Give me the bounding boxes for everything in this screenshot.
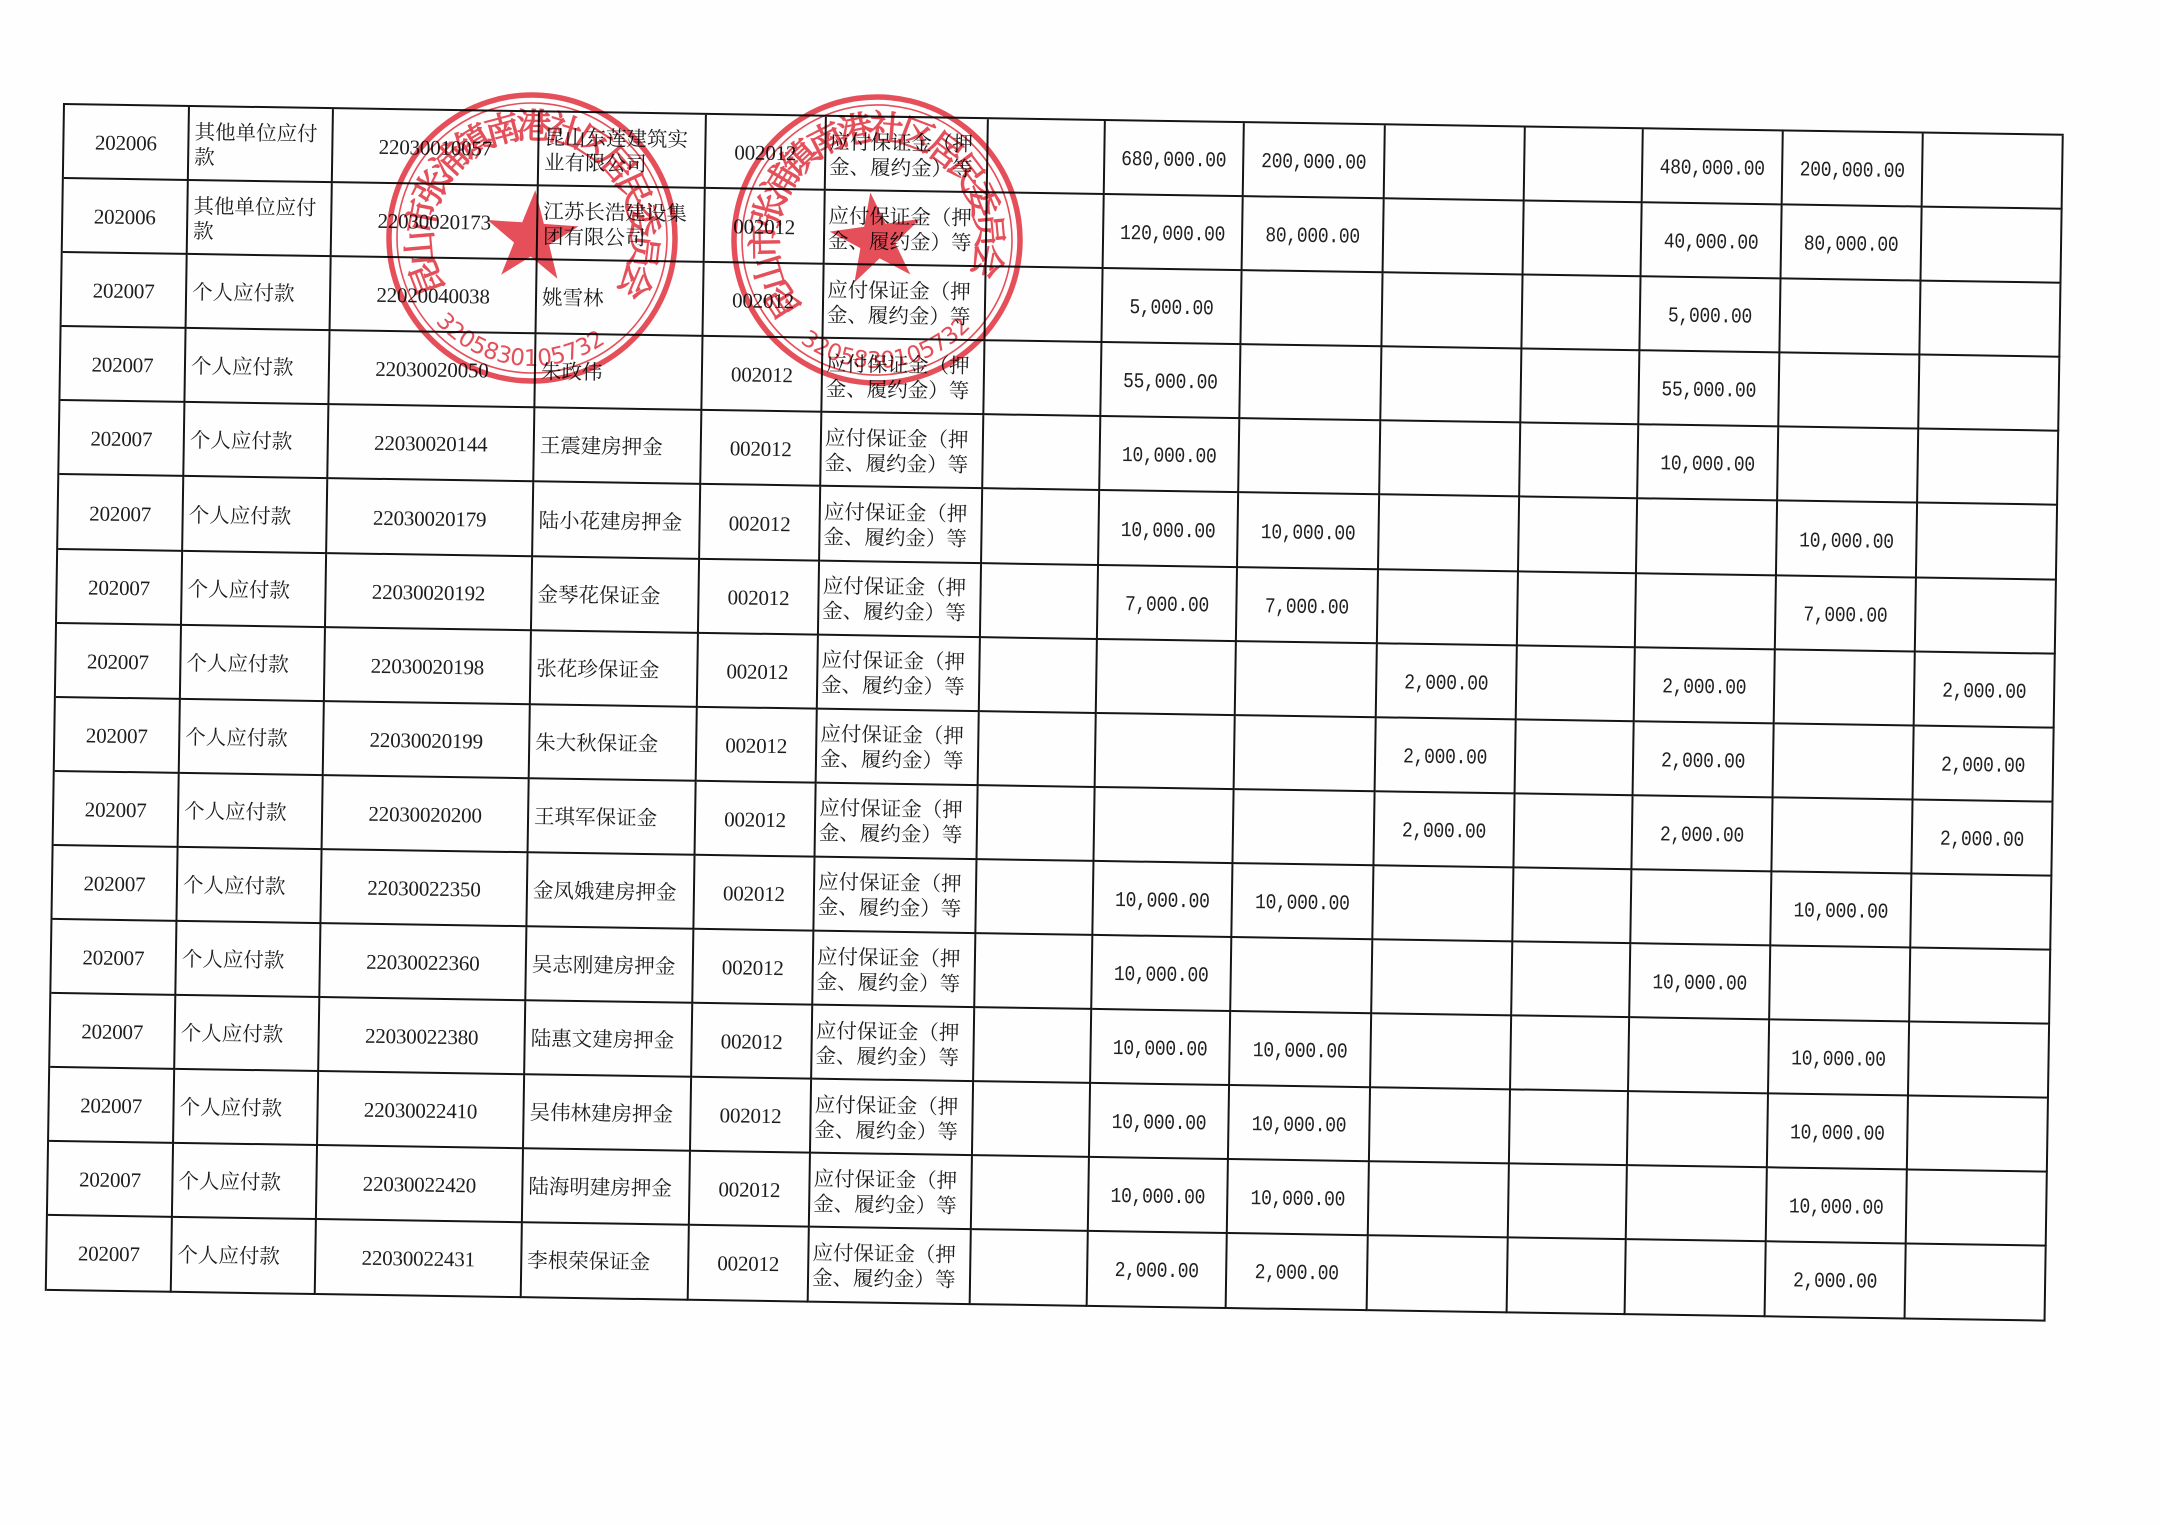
cell-counterparty: 吴伟林建房押金 [524,1075,692,1152]
cell-counterparty-text: 李根荣保证金 [527,1249,650,1276]
cell-counterparty-text: 王琪军保证金 [534,804,657,831]
cell-account-title-text: 个人应付款 [182,947,285,974]
cell-project: 应付保证金（押金、履约金）等 [820,487,983,564]
cell-amount-col-3: 10,000.00 [1232,864,1374,940]
amount-value: 10,000.00 [1122,445,1217,470]
cell-amount-col-4 [1381,348,1522,424]
amount-value: 2,000.00 [1942,680,2026,705]
cell-period-text: 202007 [82,945,144,971]
cell-period-text: 202007 [83,871,145,897]
cell-amount-col-8: 2,000.00 [1914,726,2055,802]
cell-period: 202007 [62,253,188,329]
cell-amount-col-5 [1525,127,1644,203]
cell-counterparty-text: 金琴花保证金 [537,582,660,609]
cell-project-code: 002012 [706,115,827,191]
cell-counterparty: 朱大秋保证金 [530,705,698,782]
cell-amount-col-1 [979,712,1097,788]
cell-period-text: 202007 [81,1020,143,1046]
cell-account-code: 22020040038 [331,257,538,334]
amount-value: 10,000.00 [1791,1048,1886,1073]
amount-value: 2,000.00 [1662,676,1746,701]
amount-value: 10,000.00 [1261,521,1356,546]
cell-period-text: 202006 [95,131,157,157]
cell-project-text: 应付保证金（押金、履约金）等 [815,1018,966,1070]
amount-value: 10,000.00 [1112,1112,1207,1137]
cell-project-code-text: 002012 [731,363,793,389]
cell-period-text: 202007 [85,797,147,823]
cell-period: 202007 [47,1216,173,1292]
cell-amount-col-7: 10,000.00 [1768,1095,1909,1171]
cell-account-code-text: 22030020198 [371,653,485,680]
cell-amount-col-7 [1775,650,1916,726]
amount-value: 7,000.00 [1125,593,1209,618]
cell-account-code-text: 22030022360 [366,950,480,977]
cell-counterparty-text: 朱大秋保证金 [535,730,658,757]
cell-counterparty-text: 姚雪林 [542,286,604,312]
cell-amount-col-6: 5,000.00 [1640,277,1781,353]
cell-amount-col-8 [1921,208,2062,284]
cell-amount-col-3 [1236,642,1378,718]
cell-amount-col-5 [1520,424,1639,500]
cell-period: 202007 [51,920,177,996]
cell-project-text: 应付保证金（押金、履约金）等 [822,574,973,626]
cell-amount-col-7 [1774,724,1915,800]
cell-amount-col-3: 7,000.00 [1237,568,1379,644]
cell-period-text: 202007 [93,279,155,305]
cell-period-text: 202007 [90,427,152,453]
cell-project-text: 应付保证金（押金、履约金）等 [829,129,980,181]
cell-counterparty: 昆山东莲建筑实业有限公司 [539,112,707,189]
cell-account-code-text: 22030022380 [365,1024,479,1051]
cell-account-title: 个人应付款 [173,1144,318,1220]
cell-amount-col-1 [976,860,1094,936]
cell-period: 202007 [55,698,181,774]
cell-account-title-text: 个人应付款 [190,428,293,455]
cell-amount-col-1 [982,490,1100,566]
cell-project: 应付保证金（押金、履约金）等 [812,1006,975,1083]
cell-amount-col-8 [1909,1023,2050,1099]
cell-account-code: 22030020144 [328,406,535,483]
cell-account-code-text: 22020040038 [376,283,490,310]
cell-amount-col-5 [1510,1091,1629,1167]
cell-counterparty-text: 江苏长浩建设集团有限公司 [543,199,694,251]
amount-value: 10,000.00 [1789,1196,1884,1221]
cell-amount-col-3: 10,000.00 [1230,1012,1372,1088]
cell-project-text: 应付保证金（押金、履约金）等 [823,500,974,552]
cell-amount-col-4: 2,000.00 [1374,792,1515,868]
cell-amount-col-4 [1369,1163,1510,1239]
cell-project-text: 应付保证金（押金、履约金）等 [826,352,977,404]
cell-amount-col-1 [975,934,1093,1010]
cell-amount-col-1 [985,267,1103,343]
cell-account-title: 个人应付款 [176,922,321,998]
cell-project: 应付保证金（押金、履约金）等 [813,932,976,1009]
amount-value: 2,000.00 [1660,824,1744,849]
cell-amount-col-1 [974,1008,1092,1084]
amount-value: 680,000.00 [1121,149,1226,174]
cell-period: 202007 [56,624,182,700]
cell-project-code: 002012 [694,856,815,932]
cell-period-text: 202007 [87,649,149,675]
cell-project-text: 应付保证金（押金、履约金）等 [816,944,967,996]
cell-counterparty-text: 朱政伟 [541,360,603,386]
cell-period: 202006 [63,179,189,255]
cell-project-code-text: 002012 [730,437,792,463]
cell-amount-col-3 [1239,419,1381,495]
cell-project-code-text: 002012 [724,807,786,833]
cell-amount-col-5 [1509,1165,1628,1241]
amount-value: 2,000.00 [1941,754,2025,779]
cell-project-code: 002012 [703,263,824,339]
cell-project: 应付保证金（押金、履约金）等 [825,191,988,268]
cell-amount-col-2: 10,000.00 [1099,491,1239,567]
cell-project-text: 应付保证金（押金、履约金）等 [824,426,975,478]
cell-amount-col-3 [1235,716,1377,792]
cell-amount-col-8 [1916,578,2057,654]
cell-account-title: 个人应付款 [175,996,320,1072]
cell-account-title: 其他单位应付款 [189,107,334,183]
cell-project-code: 002012 [702,337,823,413]
cell-project-code-text: 002012 [733,214,795,240]
cell-project-code: 002012 [693,930,814,1006]
amount-value: 10,000.00 [1660,453,1755,478]
cell-amount-col-4 [1371,1014,1512,1090]
cell-account-code: 22030022420 [317,1146,524,1223]
cell-project: 应付保证金（押金、履约金）等 [821,413,984,490]
cell-project-text: 应付保证金（押金、履约金）等 [821,648,972,700]
cell-counterparty: 江苏长浩建设集团有限公司 [538,186,706,263]
cell-amount-col-8 [1918,430,2059,506]
cell-amount-col-3: 10,000.00 [1238,494,1380,570]
cell-counterparty: 陆小花建房押金 [533,483,701,560]
cell-amount-col-2: 10,000.00 [1100,417,1240,493]
cell-period-text: 202007 [89,501,151,527]
cell-project-code: 002012 [696,782,817,858]
cell-amount-col-8 [1911,874,2052,950]
cell-amount-col-7: 80,000.00 [1781,206,1922,282]
cell-account-code-text: 22030022431 [361,1246,475,1273]
cell-amount-col-1 [971,1230,1089,1306]
amount-value: 7,000.00 [1803,604,1887,629]
cell-amount-col-6: 480,000.00 [1643,129,1784,205]
cell-amount-col-7 [1779,354,1920,430]
cell-amount-col-3: 80,000.00 [1243,197,1385,273]
cell-account-title-text: 个人应付款 [178,1169,281,1196]
cell-amount-col-2: 7,000.00 [1098,566,1238,642]
cell-period-text: 202006 [94,205,156,231]
cell-counterparty: 王琪军保证金 [529,779,697,856]
amount-value: 80,000.00 [1265,225,1360,250]
cell-amount-col-7: 7,000.00 [1776,576,1917,652]
cell-project-code: 002012 [690,1152,811,1228]
amount-value: 10,000.00 [1114,964,1209,989]
cell-amount-col-3: 10,000.00 [1228,1160,1370,1236]
amount-value: 2,000.00 [1403,746,1487,771]
cell-project-code: 002012 [698,633,819,709]
cell-project: 应付保证金（押金、履约金）等 [822,339,985,416]
cell-account-code: 22030022410 [318,1072,525,1149]
cell-project-code-text: 002012 [726,659,788,685]
cell-amount-col-5 [1512,942,1631,1018]
amount-value: 10,000.00 [1790,1122,1885,1147]
cell-account-title: 个人应付款 [187,255,332,331]
cell-amount-col-4 [1380,422,1521,498]
amount-value: 55,000.00 [1123,371,1218,396]
cell-project-code: 002012 [699,559,820,635]
cell-account-title: 个人应付款 [177,848,322,924]
cell-amount-col-5 [1521,350,1640,426]
cell-account-title-text: 个人应付款 [191,354,294,381]
cell-amount-col-8 [1917,504,2058,580]
cell-amount-col-2 [1097,640,1237,716]
cell-amount-col-5 [1513,868,1632,944]
cell-amount-col-3 [1241,271,1383,347]
cell-counterparty-text: 吴伟林建房押金 [529,1101,673,1128]
cell-project: 应付保证金（押金、履约金）等 [817,709,980,786]
cell-amount-col-4 [1378,570,1519,646]
amount-value: 7,000.00 [1265,595,1349,620]
cell-amount-col-7: 2,000.00 [1766,1243,1907,1319]
cell-period-text: 202007 [80,1094,142,1120]
cell-account-code: 22030022380 [319,998,526,1075]
cell-counterparty-text: 吴志刚建房押金 [532,952,676,979]
cell-account-code: 22030020179 [327,480,534,557]
cell-period-text: 202007 [78,1242,140,1268]
cell-amount-col-6: 10,000.00 [1630,944,1771,1020]
cell-project: 应付保证金（押金、履约金）等 [814,858,977,935]
cell-account-title-text: 个人应付款 [186,651,289,678]
cell-counterparty: 王震建房押金 [534,409,702,486]
cell-counterparty: 金琴花保证金 [532,557,700,634]
cell-amount-col-6: 55,000.00 [1639,352,1780,428]
cell-project: 应付保证金（押金、履约金）等 [810,1154,973,1231]
cell-amount-col-1 [977,786,1095,862]
cell-amount-col-7 [1770,946,1911,1022]
cell-amount-col-5 [1517,646,1636,722]
cell-project-text: 应付保证金（押金、履约金）等 [819,796,970,848]
cell-amount-col-1 [988,119,1106,195]
cell-project: 应付保证金（押金、履约金）等 [809,1228,972,1305]
cell-amount-col-6: 2,000.00 [1635,648,1776,724]
cell-account-title-text: 个人应付款 [184,799,287,826]
amount-value: 2,000.00 [1940,828,2024,853]
amount-value: 10,000.00 [1115,889,1210,914]
cell-amount-col-2: 10,000.00 [1091,1010,1231,1086]
cell-period: 202007 [58,475,184,551]
cell-amount-col-1 [984,341,1102,417]
scanned-ledger-page: 202006其他单位应付款22030010057昆山东莲建筑实业有限公司0020… [0,0,2160,1525]
cell-project-code-text: 002012 [734,140,796,166]
cell-amount-col-3 [1231,938,1373,1014]
cell-account-code: 22030020192 [326,554,533,631]
cell-project-text: 应付保证金（押金、履约金）等 [828,203,979,255]
cell-amount-col-3: 10,000.00 [1229,1086,1371,1162]
cell-project-text: 应付保证金（押金、履约金）等 [827,277,978,329]
cell-project-code: 002012 [700,485,821,561]
cell-period-text: 202007 [79,1168,141,1194]
cell-account-title-text: 个人应付款 [179,1095,282,1122]
cell-amount-col-1 [983,416,1101,492]
cell-amount-col-7 [1778,428,1919,504]
cell-amount-col-6 [1626,1241,1767,1317]
cell-account-code: 22030010057 [333,109,540,186]
cell-amount-col-6: 2,000.00 [1634,722,1775,798]
amount-value: 2,000.00 [1661,750,1745,775]
cell-account-title: 个人应付款 [184,403,329,479]
cell-account-title-text: 个人应付款 [192,280,295,307]
cell-project-code-text: 002012 [719,1103,781,1129]
cell-project-code: 002012 [692,1004,813,1080]
amount-value: 40,000.00 [1664,231,1759,256]
cell-project-text: 应付保证金（押金、履约金）等 [820,722,971,774]
cell-period: 202007 [52,846,178,922]
cell-amount-col-8 [1923,134,2064,210]
cell-amount-col-1 [980,638,1098,714]
cell-period-text: 202007 [86,723,148,749]
cell-account-title-text: 个人应付款 [177,1243,280,1270]
cell-account-code: 22030020173 [332,183,539,260]
cell-amount-col-4: 2,000.00 [1377,644,1518,720]
cell-amount-col-7: 10,000.00 [1769,1020,1910,1096]
cell-project-code-text: 002012 [725,733,787,759]
ledger-table: 202006其他单位应付款22030010057昆山东莲建筑实业有限公司0020… [45,103,2064,1321]
cell-project-code-text: 002012 [717,1252,779,1278]
cell-amount-col-5 [1518,572,1637,648]
cell-amount-col-2 [1094,788,1234,864]
cell-counterparty-text: 张花珍保证金 [536,656,659,683]
cell-amount-col-1 [987,193,1105,269]
cell-account-code-text: 22030020144 [374,431,488,458]
cell-amount-col-4 [1384,199,1525,275]
cell-amount-col-6: 10,000.00 [1638,426,1779,502]
cell-amount-col-8: 2,000.00 [1915,652,2056,728]
cell-amount-col-8: 2,000.00 [1912,800,2053,876]
cell-account-code-text: 22030020050 [375,357,489,384]
cell-counterparty-text: 陆小花建房押金 [538,508,682,535]
cell-account-title: 个人应付款 [182,551,327,627]
cell-amount-col-2: 680,000.00 [1105,121,1245,197]
cell-period: 202006 [64,105,190,181]
amount-value: 10,000.00 [1251,1114,1346,1139]
cell-project: 应付保证金（押金、履约金）等 [811,1080,974,1157]
cell-account-code-text: 22030020173 [377,209,491,236]
cell-project: 应付保证金（押金、履约金）等 [826,117,989,194]
cell-amount-col-2: 55,000.00 [1101,343,1241,419]
amount-value: 200,000.00 [1261,151,1366,176]
cell-counterparty: 吴志刚建房押金 [526,927,694,1004]
cell-account-title-text: 个人应付款 [188,502,291,529]
cell-amount-col-5 [1516,720,1635,796]
cell-project-text: 应付保证金（押金、履约金）等 [818,870,969,922]
cell-account-title-text: 个人应付款 [181,1021,284,1048]
cell-account-code-text: 22030022420 [363,1172,477,1199]
cell-account-title: 个人应付款 [174,1070,319,1146]
cell-account-code-text: 22030010057 [379,135,493,162]
cell-amount-col-2: 10,000.00 [1089,1158,1229,1234]
cell-amount-col-4 [1373,866,1514,942]
cell-project-code-text: 002012 [722,955,784,981]
cell-account-title-text: 其他单位应付款 [193,194,324,246]
cell-amount-col-2: 10,000.00 [1090,1084,1230,1160]
amount-value: 55,000.00 [1661,379,1756,404]
cell-amount-col-7: 200,000.00 [1783,131,1924,207]
cell-amount-col-4 [1370,1088,1511,1164]
amount-value: 10,000.00 [1121,519,1216,544]
cell-counterparty-text: 王震建房押金 [540,434,663,461]
cell-counterparty: 李根荣保证金 [522,1224,690,1301]
cell-account-title-text: 个人应付款 [183,873,286,900]
amount-value: 10,000.00 [1793,900,1888,925]
cell-period-text: 202007 [91,353,153,379]
cell-account-code-text: 22030020200 [368,802,482,829]
cell-amount-col-8 [1919,356,2060,432]
cell-account-title: 个人应付款 [181,626,326,702]
cell-counterparty: 朱政伟 [535,335,703,412]
cell-project-text: 应付保证金（押金、履约金）等 [814,1092,965,1144]
cell-account-title: 个人应付款 [183,477,328,553]
cell-account-title-text: 个人应付款 [187,577,290,604]
cell-amount-col-7: 10,000.00 [1767,1169,1908,1245]
cell-amount-col-2: 2,000.00 [1088,1232,1228,1308]
cell-counterparty: 陆惠文建房押金 [525,1001,693,1078]
cell-amount-col-6 [1628,1092,1769,1168]
cell-project-code-text: 002012 [729,511,791,537]
cell-project-text: 应付保证金（押金、履约金）等 [812,1241,963,1293]
cell-project-text: 应付保证金（押金、履约金）等 [813,1167,964,1219]
cell-amount-col-8 [1908,1097,2049,1173]
cell-amount-col-4 [1368,1237,1509,1313]
cell-project-code-text: 002012 [723,881,785,907]
cell-amount-col-2 [1096,714,1236,790]
cell-project-code-text: 002012 [721,1029,783,1055]
cell-account-code: 22030020198 [325,628,532,705]
cell-account-code: 22030022431 [316,1220,523,1297]
cell-amount-col-3 [1233,790,1375,866]
cell-amount-col-5 [1522,276,1641,352]
cell-amount-col-5 [1519,498,1638,574]
cell-project: 应付保证金（押金、履约金）等 [818,635,981,712]
amount-value: 10,000.00 [1255,892,1350,917]
cell-amount-col-5 [1514,794,1633,870]
cell-project-code: 002012 [701,411,822,487]
cell-amount-col-6 [1627,1166,1768,1242]
cell-amount-col-7 [1772,798,1913,874]
cell-amount-col-5 [1508,1239,1627,1315]
amount-value: 5,000.00 [1668,305,1752,330]
amount-value: 10,000.00 [1110,1186,1205,1211]
cell-account-title: 其他单位应付款 [188,181,333,257]
cell-project-code-text: 002012 [727,585,789,611]
cell-amount-col-2: 10,000.00 [1092,936,1232,1012]
amount-value: 2,000.00 [1404,672,1488,697]
cell-account-code-text: 22030020199 [369,728,483,755]
cell-amount-col-6: 40,000.00 [1642,203,1783,279]
amount-value: 10,000.00 [1250,1188,1345,1213]
cell-amount-col-4 [1385,125,1526,201]
cell-account-title: 个人应付款 [185,329,330,405]
amount-value: 5,000.00 [1129,297,1213,322]
cell-amount-col-1 [972,1156,1090,1232]
amount-value: 10,000.00 [1652,972,1747,997]
amount-value: 2,000.00 [1114,1260,1198,1285]
cell-counterparty-text: 金凤娥建房押金 [533,878,677,905]
amount-value: 2,000.00 [1254,1262,1338,1287]
cell-period: 202007 [48,1142,174,1218]
cell-counterparty: 张花珍保证金 [531,631,699,708]
cell-amount-col-3: 200,000.00 [1244,123,1386,199]
cell-account-code-text: 22030022350 [367,876,481,903]
cell-project-code: 002012 [705,189,826,265]
